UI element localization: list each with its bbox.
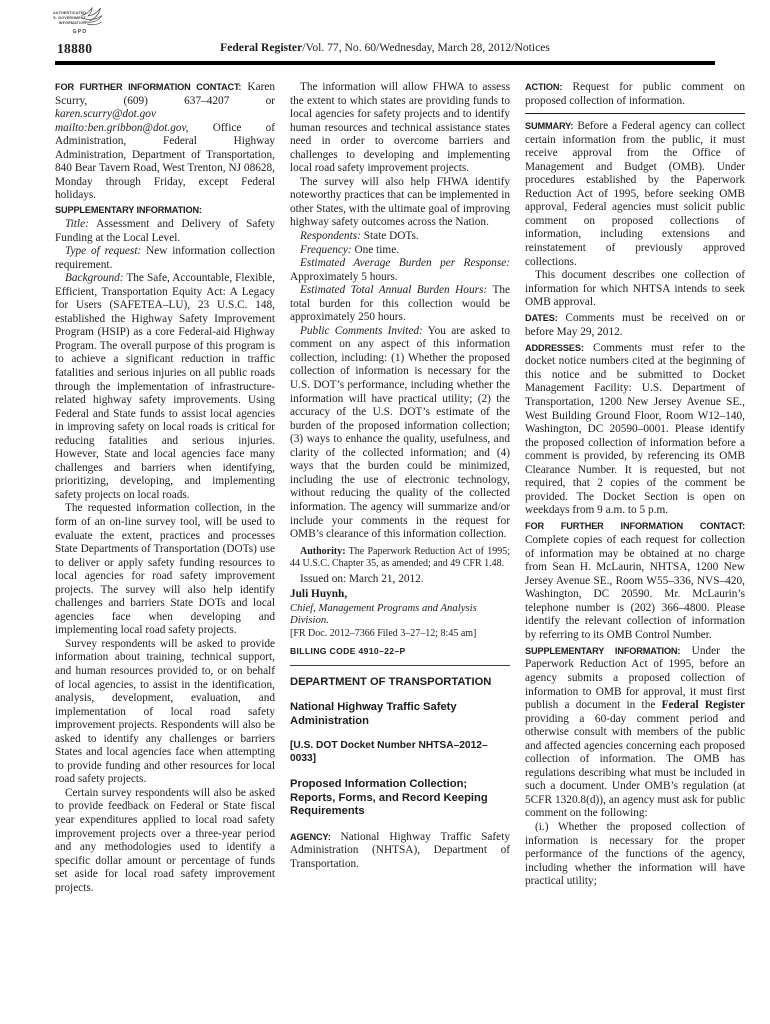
text-run: The information will allow FHWA to asses… <box>290 81 510 174</box>
lead-in: Type of request: <box>65 245 141 257</box>
federal-register-reference: Federal Register <box>662 699 745 711</box>
header-double-rule <box>55 61 715 65</box>
issue-info: /Vol. 77, No. 60/Wednesday, March 28, 20… <box>302 41 550 54</box>
lead-in: Background: <box>65 272 124 284</box>
text-run: Juli Huynh, <box>290 588 347 600</box>
masthead-title: Federal Register/Vol. 77, No. 60/Wednesd… <box>55 41 715 54</box>
text-run: Assessment and Delivery of Safety Fundin… <box>55 218 275 244</box>
text-run: State DOTs. <box>361 230 419 242</box>
lead-in: Public Comments Invited: <box>300 325 423 337</box>
text-run: providing a 60-day comment period and ot… <box>525 713 745 820</box>
paragraph: Certain survey respondents will also be … <box>55 787 275 895</box>
paragraph-type-of-request: Type of request: New information collect… <box>55 245 275 272</box>
paragraph-public-comments: Public Comments Invited: You are asked t… <box>290 325 510 542</box>
paragraph: The information will allow FHWA to asses… <box>290 81 510 176</box>
logo-text-authenticated: AUTHENTICATED <box>53 11 86 15</box>
department-heading: DEPARTMENT OF TRANSPORTATION <box>290 676 510 690</box>
text-run: (i.) Whether the proposed collection of … <box>525 821 745 887</box>
text-run: Comments must refer to the docket notice… <box>525 342 745 517</box>
paragraph: The survey will also help FHWA identify … <box>290 176 510 230</box>
section-label: ADDRESSES: <box>525 343 584 353</box>
federal-register-page: AUTHENTICATED U.S. GOVERNMENT INFORMATIO… <box>0 0 770 1024</box>
paragraph-supplementary: SUPPLEMENTARY INFORMATION: Under the Pap… <box>525 645 745 821</box>
authority-note: Authority: The Paperwork Reduction Act o… <box>290 546 510 570</box>
column-2: The information will allow FHWA to asses… <box>290 81 510 895</box>
section-label: FOR FURTHER INFORMATION CONTACT: <box>55 82 241 92</box>
lead-in: Respondents: <box>300 230 361 242</box>
paragraph-respondents: Respondents: State DOTs. <box>290 230 510 244</box>
text-run: Proposed Information Collection; Reports… <box>290 778 488 817</box>
section-label: FOR FURTHER INFORMATION CONTACT: <box>525 521 745 531</box>
paragraph: This document describes one collection o… <box>525 269 745 310</box>
text-run: Issued on: March 21, 2012. <box>300 573 424 585</box>
paragraph-addresses: ADDRESSES: Comments must refer to the do… <box>525 342 745 518</box>
text-run: [U.S. DOT Docket Number NHTSA–2012–0033] <box>290 740 488 764</box>
fr-doc-line: [FR Doc. 2012–7366 Filed 3–27–12; 8:45 a… <box>290 628 510 640</box>
paragraph-contact: FOR FURTHER INFORMATION CONTACT: Karen S… <box>55 81 275 203</box>
section-label: DATES: <box>525 313 558 323</box>
section-heading: SUPPLEMENTARY INFORMATION: <box>55 204 275 218</box>
masthead: 18880 Federal Register/Vol. 77, No. 60/W… <box>55 41 715 58</box>
paragraph-summary: SUMMARY: Before a Federal agency can col… <box>525 120 745 269</box>
text-run: The survey will also help FHWA identify … <box>290 176 510 229</box>
text-run: The Safe, Accountable, Flexible, Efficie… <box>55 272 275 501</box>
text-run: National Highway Traffic Safety Administ… <box>290 701 457 727</box>
lead-in: Frequency: <box>300 244 352 256</box>
paragraph-agency: AGENCY: National Highway Traffic Safety … <box>290 831 510 872</box>
text-run: The requested information collection, in… <box>55 502 275 636</box>
text-run: This document describes one collection o… <box>525 269 745 308</box>
paragraph-dates: DATES: Comments must be received on or b… <box>525 312 745 339</box>
text-run: Comments must be received on or before M… <box>525 312 745 338</box>
section-label: SUPPLEMENTARY INFORMATION: <box>525 646 680 656</box>
docket-number: [U.S. DOT Docket Number NHTSA–2012–0033] <box>290 740 510 766</box>
paragraph-total-burden: Estimated Total Annual Burden Hours: The… <box>290 284 510 325</box>
paragraph-frequency: Frequency: One time. <box>290 244 510 258</box>
section-label: AGENCY: <box>290 832 331 842</box>
logo-text-gpo: GPO <box>73 29 88 35</box>
text-run: Certain survey respondents will also be … <box>55 787 275 894</box>
lead-in: Authority: <box>300 546 346 557</box>
journal-name: Federal Register <box>220 41 302 54</box>
text-run: You are asked to comment on any aspect o… <box>290 325 510 540</box>
column-1: FOR FURTHER INFORMATION CONTACT: Karen S… <box>55 81 275 895</box>
text-run: Complete copies of each request for coll… <box>525 534 745 641</box>
text-columns: FOR FURTHER INFORMATION CONTACT: Karen S… <box>55 81 745 895</box>
text-run: Approximately 5 hours. <box>290 271 398 283</box>
paragraph-title: Title: Assessment and Delivery of Safety… <box>55 218 275 245</box>
signature-name: Juli Huynh, <box>290 588 510 601</box>
billing-code: BILLING CODE 4910–22–P <box>290 646 510 656</box>
signature-title: Chief, Management Programs and Analysis … <box>290 602 510 627</box>
section-divider <box>290 665 510 666</box>
lead-in: Estimated Average Burden per Response: <box>300 257 510 269</box>
column-3: ACTION: Request for public comment on pr… <box>525 81 745 895</box>
section-label: SUMMARY: <box>525 121 573 131</box>
email-text: karen.scurry@dot.gov mailto:ben.gribbon@… <box>55 108 189 134</box>
agency-heading: National Highway Traffic Safety Administ… <box>290 701 510 728</box>
section-label: ACTION: <box>525 82 562 92</box>
text-run: Before a Federal agency can collect cert… <box>525 120 745 267</box>
paragraph-action: ACTION: Request for public comment on pr… <box>525 81 745 108</box>
paragraph: The requested information collection, in… <box>55 502 275 637</box>
paragraph-contact: FOR FURTHER INFORMATION CONTACT: Complet… <box>525 520 745 642</box>
text-run: [FR Doc. 2012–7366 Filed 3–27–12; 8:45 a… <box>290 628 476 639</box>
page-number: 18880 <box>57 41 92 57</box>
text-run: One time. <box>352 244 399 256</box>
text-run: DEPARTMENT OF TRANSPORTATION <box>290 676 491 688</box>
lead-in: Title: <box>65 218 89 230</box>
notice-title: Proposed Information Collection; Reports… <box>290 778 510 819</box>
logo-text-information: INFORMATION <box>59 21 86 25</box>
text-run: BILLING CODE 4910–22–P <box>290 646 406 656</box>
text-run: Chief, Management Programs and Analysis … <box>290 602 477 626</box>
text-run: Survey respondents will be asked to prov… <box>55 638 275 785</box>
lead-in: Estimated Total Annual Burden Hours: <box>300 284 487 296</box>
paragraph: (i.) Whether the proposed collection of … <box>525 821 745 889</box>
paragraph-background: Background: The Safe, Accountable, Flexi… <box>55 272 275 502</box>
section-divider <box>525 113 745 114</box>
logo-text-us-government: U.S. GOVERNMENT <box>53 16 87 20</box>
gpo-authenticated-logo: AUTHENTICATED U.S. GOVERNMENT INFORMATIO… <box>53 6 105 42</box>
paragraph: Survey respondents will be asked to prov… <box>55 638 275 787</box>
paragraph-burden-per-response: Estimated Average Burden per Response: A… <box>290 257 510 284</box>
section-label: SUPPLEMENTARY INFORMATION: <box>55 205 202 215</box>
issued-date-line: Issued on: March 21, 2012. <box>290 573 510 587</box>
